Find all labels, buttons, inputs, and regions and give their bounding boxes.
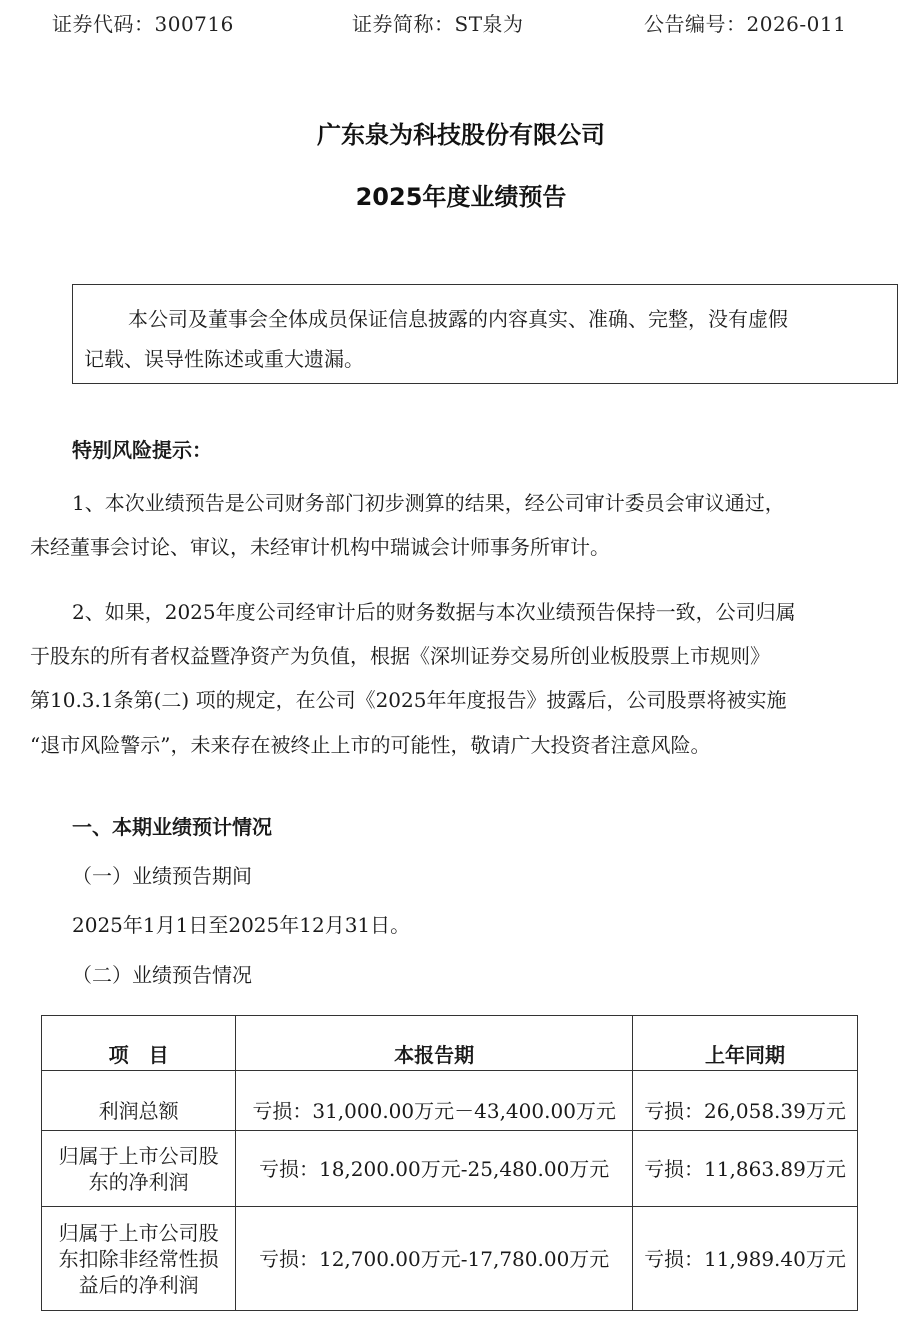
subsection-period-heading: （一）业绩预告期间 xyxy=(72,866,252,886)
header-prior-period: 上年同期 xyxy=(632,1016,857,1071)
row-item: 归属于上市公司股 东扣除非经常性损 益后的净利润 xyxy=(42,1207,236,1311)
notice-line-1: 本公司及董事会全体成员保证信息披露的内容真实、准确、完整，没有虚假 xyxy=(128,309,788,329)
header-current-period: 本报告期 xyxy=(236,1016,633,1071)
row-prior: 亏损：11,989.40万元 xyxy=(632,1207,857,1311)
row-current: 亏损：31,000.00万元－43,400.00万元 xyxy=(236,1071,633,1131)
row-item-line: 归属于上市公司股 xyxy=(44,1220,233,1246)
company-title: 广东泉为科技股份有限公司 xyxy=(0,115,922,150)
row-item: 利润总额 xyxy=(42,1071,236,1131)
section-1-heading: 一、本期业绩预计情况 xyxy=(72,817,272,837)
risk-heading: 特别风险提示： xyxy=(72,440,212,460)
row-current: 亏损：12,700.00万元-17,780.00万元 xyxy=(236,1207,633,1311)
header-item: 项 目 xyxy=(42,1016,236,1071)
table-row: 归属于上市公司股 东扣除非经常性损 益后的净利润 亏损：12,700.00万元-… xyxy=(42,1207,858,1311)
stock-code: 证券代码：300716 xyxy=(52,8,234,37)
row-prior: 亏损：11,863.89万元 xyxy=(632,1131,857,1207)
risk-item-1-line-1: 1、本次业绩预告是公司财务部门初步测算的结果，经公司审计委员会审议通过， xyxy=(72,493,785,513)
forecast-table: 项 目 本报告期 上年同期 利润总额 亏损：31,000.00万元－43,400… xyxy=(41,1015,858,1311)
row-item: 归属于上市公司股 东的净利润 xyxy=(42,1131,236,1207)
row-current: 亏损：18,200.00万元-25,480.00万元 xyxy=(236,1131,633,1207)
risk-item-2-line-1: 2、如果，2025年度公司经审计后的财务数据与本次业绩预告保持一致，公司归属 xyxy=(72,602,796,622)
row-item-line: 益后的净利润 xyxy=(44,1272,233,1298)
row-item-line: 归属于上市公司股 xyxy=(44,1143,233,1169)
risk-item-2-line-3: 第10.3.1条第(二) 项的规定，在公司《2025年年度报告》披露后，公司股票… xyxy=(30,690,786,710)
row-item-line: 东的净利润 xyxy=(44,1169,233,1195)
subsection-forecast-heading: （二）业绩预告情况 xyxy=(72,965,252,985)
risk-item-2-line-2: 于股东的所有者权益暨净资产为负值，根据《深圳证券交易所创业板股票上市规则》 xyxy=(30,646,770,666)
row-prior: 亏损：26,058.39万元 xyxy=(632,1071,857,1131)
risk-item-1-line-2: 未经董事会讨论、审议，未经审计机构中瑞诚会计师事务所审计。 xyxy=(30,537,610,557)
forecast-period: 2025年1月1日至2025年12月31日。 xyxy=(72,915,410,935)
risk-item-2-line-4: “退市风险警示”，未来存在被终止上市的可能性，敬请广大投资者注意风险。 xyxy=(30,735,710,755)
table-row: 利润总额 亏损：31,000.00万元－43,400.00万元 亏损：26,05… xyxy=(42,1071,858,1131)
row-item-line: 东扣除非经常性损 xyxy=(44,1246,233,1272)
table-header-row: 项 目 本报告期 上年同期 xyxy=(42,1016,858,1071)
notice-line-2: 记载、误导性陈述或重大遗漏。 xyxy=(84,349,364,369)
table-row: 归属于上市公司股 东的净利润 亏损：18,200.00万元-25,480.00万… xyxy=(42,1131,858,1207)
announcement-number: 公告编号：2026-011 xyxy=(644,8,846,37)
report-title: 2025年度业绩预告 xyxy=(0,177,922,212)
stock-short-name: 证券简称：ST泉为 xyxy=(352,8,524,37)
